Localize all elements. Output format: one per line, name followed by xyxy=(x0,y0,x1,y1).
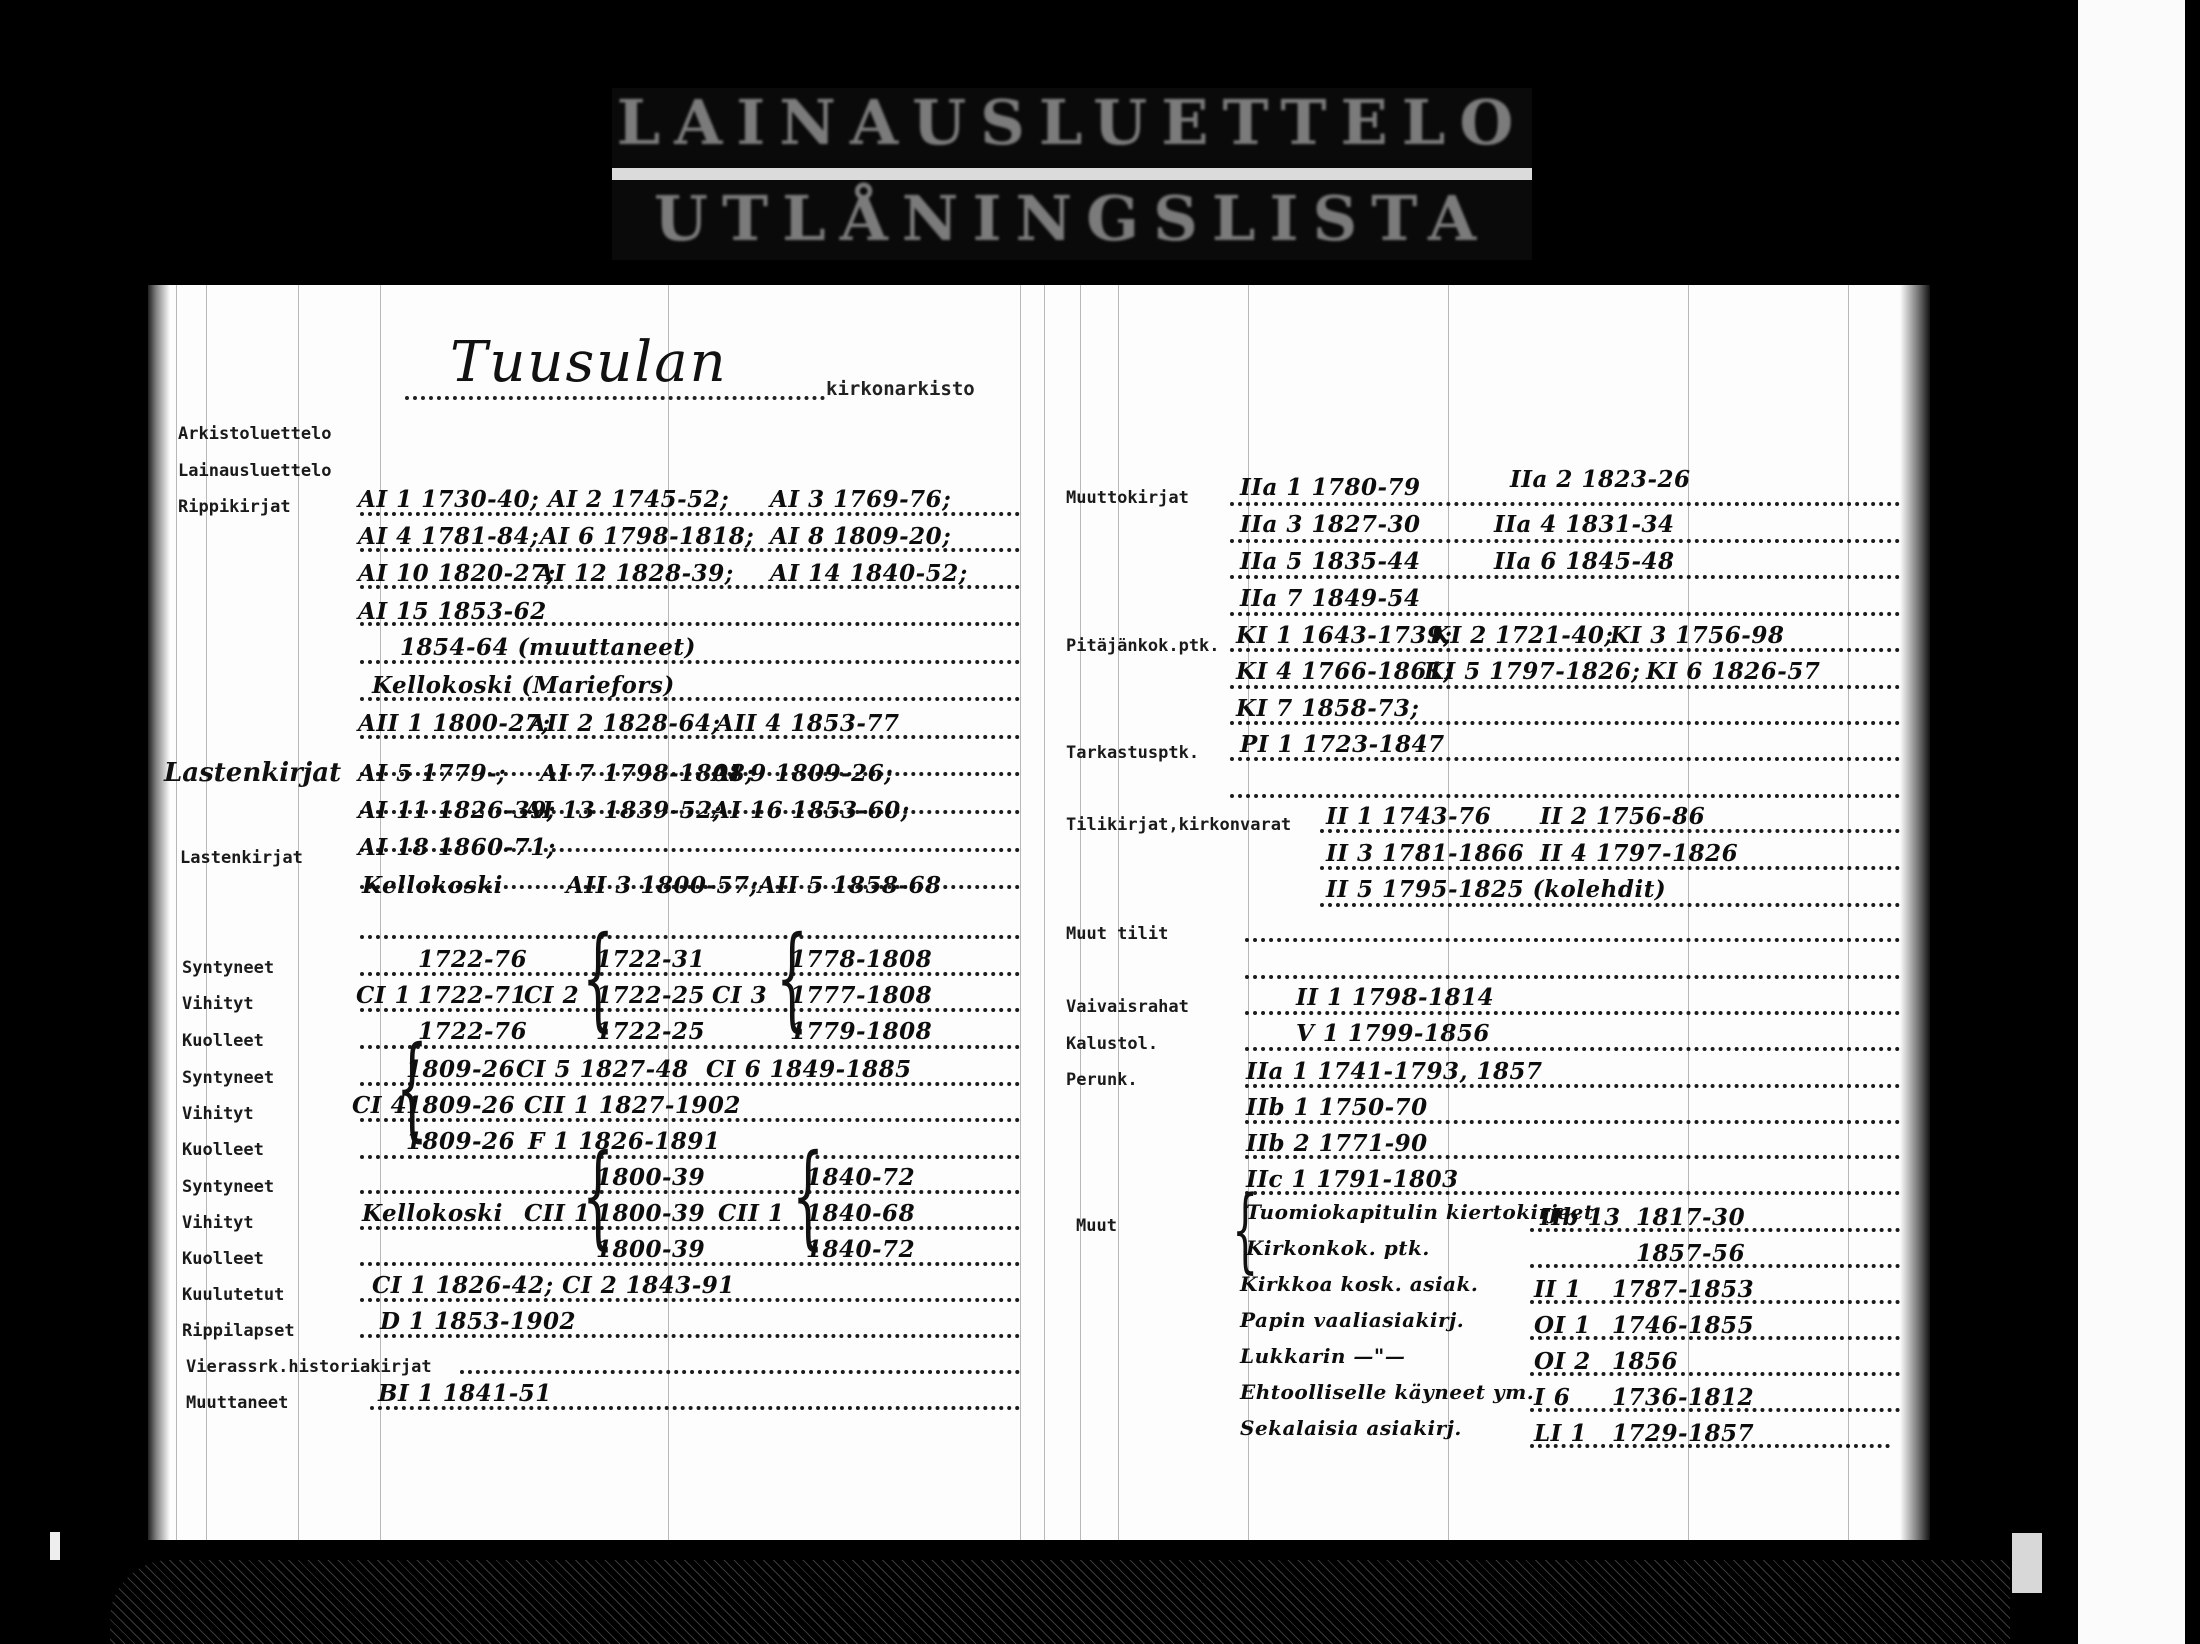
label-vierassrk-historiakirjat: Vierassrk.historiakirjat xyxy=(186,1357,432,1377)
entry-muut-code: LI 1 xyxy=(1534,1420,1587,1447)
entry-syntyneet: 1722-31 xyxy=(596,946,705,973)
entry-vihityt: CII 1 1827-1902 xyxy=(524,1092,741,1119)
label-lastenkirjat-handwritten: Lastenkirjat xyxy=(164,758,341,788)
entry-pitajankokous: KI 7 1858-73; xyxy=(1236,695,1419,722)
entry-muuttokirja: IIa 1 1780-79 xyxy=(1240,474,1421,501)
entry-syntyneet: 1809-26 xyxy=(406,1056,515,1083)
entry-kuolleet: 1809-26 xyxy=(406,1128,515,1155)
label-syntyneet-2: Syntyneet xyxy=(182,1068,274,1088)
entry-syntyneet: 1778-1808 xyxy=(790,946,932,973)
entry-place: Kellokoski xyxy=(362,1200,503,1227)
label-muut: Muut xyxy=(1076,1216,1117,1236)
entry-kuolleet: 1840-72 xyxy=(806,1236,915,1263)
entry-muuttokirja: IIa 3 1827-30 xyxy=(1240,511,1421,538)
entry-tilikirja: II 5 1795-1825 (kolehdit) xyxy=(1326,876,1666,903)
right-margin-strip xyxy=(2078,0,2185,1644)
entry-vihityt: 1840-68 xyxy=(806,1200,915,1227)
entry-muut-desc: Kirkkoa kosk. asiak. xyxy=(1240,1272,1478,1296)
entry-muut-desc: Papin vaaliasiakirj. xyxy=(1240,1308,1464,1332)
entry-lastenkirja-place: Kellokoski xyxy=(362,872,503,899)
entry-rippikirja: AI 15 1853-62 xyxy=(358,598,547,625)
label-perunkirjat: Perunk. xyxy=(1066,1070,1138,1090)
label-vihityt-3: Vihityt xyxy=(182,1213,254,1233)
entry-code: CI 2 xyxy=(524,982,579,1009)
entry-pitajankokous: KI 3 1756-98 xyxy=(1610,622,1784,649)
entry-muuttokirja: IIa 2 1823-26 xyxy=(1510,466,1691,493)
entry-kuolleet: 1800-39 xyxy=(596,1236,705,1263)
entry-muuttokirja: IIa 6 1845-48 xyxy=(1494,548,1675,575)
entry-muut-desc: Sekalaisia asiakirj. xyxy=(1240,1416,1462,1440)
entry-muut-code: OI 1 xyxy=(1534,1312,1591,1339)
entry-muut-dates: 1787-1853 xyxy=(1612,1276,1754,1303)
label-vihityt-2: Vihityt xyxy=(182,1104,254,1124)
entry-rippikirja: AI 10 1820-27; xyxy=(358,560,556,587)
entry-syntyneet: 1800-39 xyxy=(596,1164,705,1191)
entry-rippikirja: AI 3 1769-76; xyxy=(770,486,951,513)
dotted-line xyxy=(1245,938,1900,942)
entry-rippilapset: D 1 1853-1902 xyxy=(380,1308,576,1335)
dotted-line xyxy=(1230,575,1900,579)
entry-pitajankokous: KI 4 1766-1861; xyxy=(1236,658,1452,685)
dotted-line xyxy=(1230,612,1900,616)
entry-lastenkirja: AI 9 1809-26; xyxy=(712,760,893,787)
dotted-line xyxy=(1230,502,1900,506)
page-edge-left xyxy=(148,285,170,1540)
parish-name: Tuusulan xyxy=(450,330,728,395)
film-marker-left xyxy=(50,1532,60,1560)
entry-kuolleet: 1722-25 xyxy=(596,1018,705,1045)
entry-muuttokirja: IIa 5 1835-44 xyxy=(1240,548,1421,575)
entry-kuolleet: F 1 1826-1891 xyxy=(528,1128,720,1155)
entry-tilikirja: II 2 1756-86 xyxy=(1540,803,1705,830)
entry-rippikirja: AI 12 1828-39; xyxy=(536,560,734,587)
entry-tilikirja: II 3 1781-1866 xyxy=(1326,840,1524,867)
entry-vihityt: 1800-39 xyxy=(596,1200,705,1227)
dotted-line xyxy=(360,1045,1020,1049)
label-rippikirjat: Rippikirjat xyxy=(178,497,291,517)
entry-code: CII 1 xyxy=(718,1200,784,1227)
entry-kuolleet: 1779-1808 xyxy=(790,1018,932,1045)
entry-muut-desc: Lukkarin —"— xyxy=(1240,1344,1405,1368)
entry-rippikirja: AII 1 1800-27; xyxy=(358,710,550,737)
entry-vaivaisrahat: II 1 1798-1814 xyxy=(1296,984,1494,1011)
entry-muut-dates: 1856 xyxy=(1612,1348,1678,1375)
label-muuttaneet: Muuttaneet xyxy=(186,1393,288,1413)
entry-vihityt: 1809-26 xyxy=(406,1092,515,1119)
entry-muut-dates: 1736-1812 xyxy=(1612,1384,1754,1411)
dotted-line xyxy=(1245,975,1900,979)
entry-rippikirja: AI 2 1745-52; xyxy=(548,486,729,513)
entry-code: CI 1 xyxy=(356,982,411,1009)
entry-muut-desc: Kirkonkok. ptk. xyxy=(1246,1236,1430,1260)
entry-lastenkirja: AII 3 1800-57; xyxy=(566,872,758,899)
entry-muut-code: OI 2 xyxy=(1534,1348,1591,1375)
label-kuolleet-2: Kuolleet xyxy=(182,1140,264,1160)
film-marker-right xyxy=(2012,1533,2042,1593)
title-dotted-line xyxy=(405,396,825,400)
rule-line xyxy=(1448,285,1449,1540)
label-vaivaisrahat: Vaivaisrahat xyxy=(1066,997,1189,1017)
entry-lastenkirja: AI 5 1779-; xyxy=(358,760,506,787)
binding-texture xyxy=(110,1560,2010,1644)
label-tilikirjat: Tilikirjat,kirkonvarat xyxy=(1066,815,1291,835)
label-lastenkirjat: Lastenkirjat xyxy=(180,848,303,868)
label-rippilapset: Rippilapset xyxy=(182,1321,295,1341)
entry-tilikirja: II 4 1797-1826 xyxy=(1540,840,1738,867)
label-muut-tilit: Muut tilit xyxy=(1066,924,1168,944)
banner-rule xyxy=(612,168,1532,180)
entry-syntyneet: CI 6 1849-1885 xyxy=(706,1056,912,1083)
entry-lastenkirja: AI 18 1860-71; xyxy=(358,834,556,861)
entry-syntyneet: 1722-76 xyxy=(418,946,527,973)
entry-muut-dates: 1857-56 xyxy=(1636,1240,1745,1267)
entry-rippikirja: AI 8 1809-20; xyxy=(770,523,951,550)
entry-muuttokirja: IIa 4 1831-34 xyxy=(1494,511,1675,538)
entry-pitajankokous: KI 5 1797-1826; xyxy=(1424,658,1640,685)
entry-perunkirja: IIb 2 1771-90 xyxy=(1246,1130,1428,1157)
entry-muut-code: I 6 xyxy=(1534,1384,1570,1411)
entry-rippikirja: AII 4 1853-77 xyxy=(716,710,899,737)
label-kuolleet-3: Kuolleet xyxy=(182,1249,264,1269)
rule-line xyxy=(1118,285,1119,1540)
rule-line xyxy=(1020,285,1021,1540)
entry-kuulutetut: CI 1 1826-42; CI 2 1843-91 xyxy=(372,1272,735,1299)
entry-lastenkirja: AII 5 1858-68 xyxy=(758,872,941,899)
entry-kuolleet: 1722-76 xyxy=(418,1018,527,1045)
entry-perunkirja: IIb 1 1750-70 xyxy=(1246,1094,1428,1121)
entry-vihityt: 1722-71 xyxy=(418,982,527,1009)
banner-line-1: LAINAUSLUETTELO xyxy=(612,88,1532,158)
entry-muut-dates: 1746-1855 xyxy=(1612,1312,1754,1339)
entry-rippikirja: AII 2 1828-64; xyxy=(528,710,720,737)
entry-code: CII 1 xyxy=(524,1200,590,1227)
entry-pitajankokous: KI 6 1826-57 xyxy=(1646,658,1820,685)
label-tarkastusptk: Tarkastusptk. xyxy=(1066,743,1199,763)
entry-lastenkirja: AI 13 1839-52; xyxy=(524,797,722,824)
rule-line xyxy=(380,285,381,1540)
rule-line xyxy=(1848,285,1849,1540)
banner-line-2: UTLÅNINGSLISTA xyxy=(612,184,1532,254)
entry-syntyneet: 1840-72 xyxy=(806,1164,915,1191)
label-kuulutetut: Kuulutetut xyxy=(182,1285,284,1305)
entry-pitajankokous: KI 1 1643-1739; xyxy=(1236,622,1452,649)
label-kuolleet-1: Kuolleet xyxy=(182,1031,264,1051)
label-syntyneet-3: Syntyneet xyxy=(182,1177,274,1197)
entry-perunkirja: IIa 1 1741-1793, 1857 xyxy=(1246,1058,1543,1085)
entry-perunkirja: IIc 1 1791-1803 xyxy=(1246,1166,1459,1193)
label-pitajankokous-ptk: Pitäjänkok.ptk. xyxy=(1066,636,1220,656)
rule-line xyxy=(1080,285,1081,1540)
entry-muut-code: II 1 xyxy=(1534,1276,1582,1303)
title-suffix: kirkonarkisto xyxy=(826,378,975,400)
entry-muut-code: IIb 13 xyxy=(1540,1204,1621,1231)
entry-lastenkirja: AI 16 1853-60; xyxy=(712,797,910,824)
entry-rippikirja: 1854-64 (muuttaneet) xyxy=(400,634,696,661)
dotted-line xyxy=(1230,685,1900,689)
rule-line xyxy=(668,285,669,1540)
entry-syntyneet: CI 5 1827-48 xyxy=(516,1056,689,1083)
entry-rippikirja: AI 4 1781-84; xyxy=(358,523,539,550)
dotted-line xyxy=(1320,903,1900,907)
dotted-line xyxy=(1245,1047,1900,1051)
dotted-line xyxy=(460,1370,1020,1374)
entry-code: CI 3 xyxy=(712,982,767,1009)
header-banner: LAINAUSLUETTELO UTLÅNINGSLISTA xyxy=(612,88,1532,260)
dotted-line xyxy=(1245,1011,1900,1015)
entry-muut-desc: Ehtoolliselle käyneet ym. xyxy=(1240,1380,1534,1404)
dotted-line xyxy=(360,1155,1020,1159)
rule-line xyxy=(176,285,177,1540)
entry-muut-dates: 1729-1857 xyxy=(1612,1420,1754,1447)
label-arkistoluettelo: Arkistoluettelo xyxy=(178,424,332,444)
page-edge-right xyxy=(1900,285,1930,1540)
dotted-line xyxy=(1230,539,1900,543)
dotted-line xyxy=(1230,794,1900,798)
entry-rippikirja: AI 6 1798-1818; xyxy=(540,523,754,550)
rule-line xyxy=(1044,285,1045,1540)
entry-rippikirja: AI 1 1730-40; xyxy=(358,486,539,513)
entry-vihityt: 1722-25 xyxy=(596,982,705,1009)
entry-rippikirja-place: Kellokoski (Mariefors) xyxy=(372,672,675,699)
entry-kalustoluettelo: V 1 1799-1856 xyxy=(1296,1020,1490,1047)
dotted-line xyxy=(360,935,1020,939)
label-muuttokirjat: Muuttokirjat xyxy=(1066,488,1189,508)
label-kalustoluettelo: Kalustol. xyxy=(1066,1034,1158,1054)
entry-rippikirja: AI 14 1840-52; xyxy=(770,560,968,587)
entry-tarkastusptk: PI 1 1723-1847 xyxy=(1240,731,1445,758)
entry-muuttaneet: BI 1 1841-51 xyxy=(378,1380,552,1407)
entry-pitajankokous: KI 2 1721-40; xyxy=(1430,622,1613,649)
label-lainausluettelo: Lainausluettelo xyxy=(178,461,332,481)
label-vihityt-1: Vihityt xyxy=(182,994,254,1014)
entry-tilikirja: II 1 1743-76 xyxy=(1326,803,1491,830)
entry-muuttokirja: IIa 7 1849-54 xyxy=(1240,585,1421,612)
entry-vihityt: 1777-1808 xyxy=(790,982,932,1009)
entry-muut-dates: 1817-30 xyxy=(1636,1204,1745,1231)
label-syntyneet-1: Syntyneet xyxy=(182,958,274,978)
